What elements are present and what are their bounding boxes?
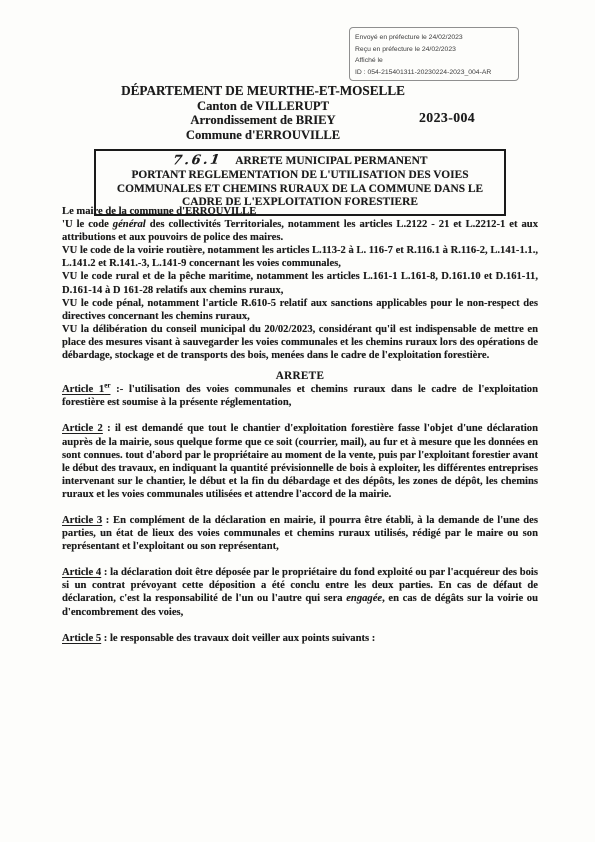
vu-clause-1: 'U le code général des collectivités Ter… <box>62 218 538 244</box>
vu1-pre: 'U le code <box>62 219 113 230</box>
vu-clause-4: VU le code pénal, notamment l'article R.… <box>62 297 538 323</box>
article-3-label: Article 3 <box>62 515 102 526</box>
article-5: Article 5 : le responsable des travaux d… <box>62 632 538 645</box>
stamp-affiche-line: Affiché le <box>355 55 513 67</box>
article-2-label: Article 2 <box>62 423 103 434</box>
title-line-3: COMMUNALES ET CHEMINS RURAUX DE LA COMMU… <box>102 183 498 197</box>
article-2: Article 2 : il est demandé que tout le c… <box>62 422 538 501</box>
prefecture-stamp: Envoyé en préfecture le 24/02/2023 Reçu … <box>349 27 519 81</box>
title-line-1: 7.6.1ARRETE MUNICIPAL PERMANENT <box>102 154 498 169</box>
act-number: 2023-004 <box>419 110 475 126</box>
document-header: DÉPARTEMENT DE MEURTHE-ET-MOSELLE Canton… <box>58 84 468 142</box>
stamp-envoye-line: Envoyé en préfecture le 24/02/2023 <box>355 32 513 44</box>
article-3-text: En complément de la déclaration en mairi… <box>62 515 538 552</box>
article-1-label: Article 1er <box>62 384 110 395</box>
article-4: Article 4 : la déclaration doit être dép… <box>62 566 538 618</box>
intro-line: Le maire de la commune d'ERROUVILLE <box>62 205 538 218</box>
header-commune: Commune d'ERROUVILLE <box>58 128 468 143</box>
title-main: ARRETE MUNICIPAL PERMANENT <box>235 155 427 167</box>
vu-clause-5: VU la délibération du conseil municipal … <box>62 323 538 362</box>
article-2-text: il est demandé que tout le chantier d'ex… <box>62 423 538 499</box>
handwritten-classification-ref: 7.6.1 <box>172 154 223 169</box>
article-4-label: Article 4 <box>62 567 101 578</box>
vu-clause-3: VU le code rural et de la pêche maritime… <box>62 270 538 296</box>
vu1-italic-word: général <box>113 219 146 230</box>
scanned-document-page: Envoyé en préfecture le 24/02/2023 Reçu … <box>0 0 595 842</box>
article-1-text: l'utilisation des voies communales et ch… <box>62 384 538 408</box>
vu-clause-2: VU le code de la voirie routière, notamm… <box>62 244 538 270</box>
header-arrondissement: Arrondissement de BRIEY <box>58 113 468 128</box>
document-body: Le maire de la commune d'ERROUVILLE 'U l… <box>62 205 538 645</box>
article-5-text: le responsable des travaux doit veiller … <box>110 633 375 644</box>
article-1: Article 1er :- l'utilisation des voies c… <box>62 383 538 409</box>
header-canton: Canton de VILLERUPT <box>58 99 468 114</box>
article-5-label: Article 5 <box>62 633 101 644</box>
header-department: DÉPARTEMENT DE MEURTHE-ET-MOSELLE <box>58 84 468 99</box>
arrete-heading: ARRETE <box>62 370 538 383</box>
article-3: Article 3 : En complément de la déclarat… <box>62 514 538 553</box>
stamp-recu-line: Reçu en préfecture le 24/02/2023 <box>355 44 513 56</box>
article-4-italic-word: engagée <box>346 593 382 604</box>
title-line-2: PORTANT REGLEMENTATION DE L'UTILISATION … <box>102 169 498 183</box>
stamp-id-line: ID : 054-215401311-20230224-2023_004-AR <box>355 67 513 79</box>
